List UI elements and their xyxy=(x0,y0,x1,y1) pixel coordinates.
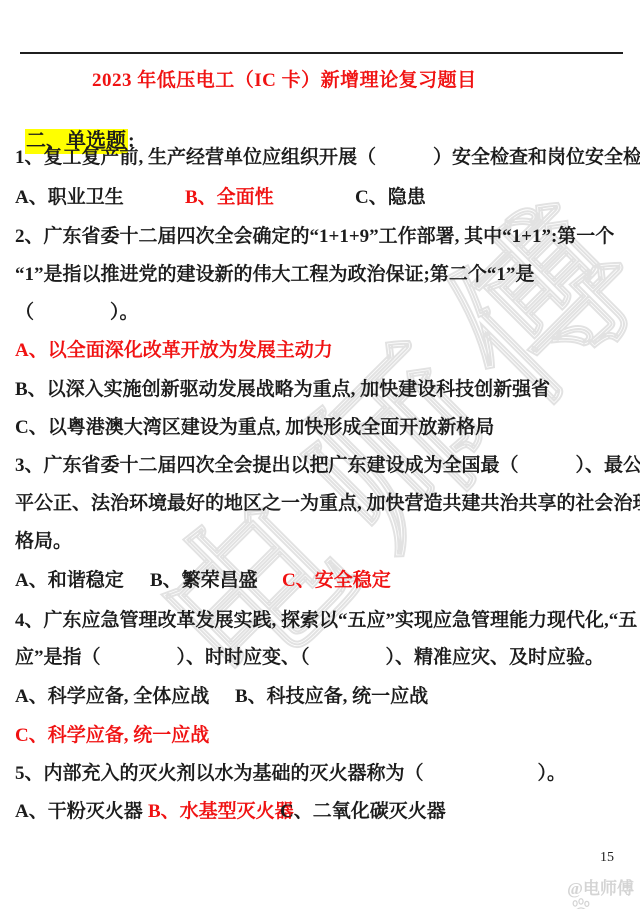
q3-options: A、和谐稳定 B、繁荣昌盛 C、安全稳定 xyxy=(0,570,640,594)
q3-option-b: B、繁荣昌盛 xyxy=(150,570,258,592)
q2-option-a-answer: A、以全面深化改革开放为发展主动力 xyxy=(15,340,333,362)
q5-options: A、干粉灭火器 B、水基型灭火器 C、二氧化碳灭火器 xyxy=(0,801,640,825)
q5-option-c: C、二氧化碳灭火器 xyxy=(280,801,446,823)
q1-option-c: C、隐患 xyxy=(355,187,426,209)
q2-text-line2: “1”是指以推进党的建设新的伟大工程为政治保证;第二个“1”是 xyxy=(15,264,534,286)
q1-text: 1、复工复产前, 生产经营单位应组织开展（ ）安全检查和岗位安全检查。 xyxy=(15,147,640,169)
q1-options: A、职业卫生 B、全面性 C、隐患 xyxy=(0,187,640,211)
q4-option-c-answer: C、科学应备, 统一应战 xyxy=(15,725,209,747)
q5-option-a: A、干粉灭火器 xyxy=(15,801,143,823)
q4-options: A、科学应备, 全体应战 B、科技应备, 统一应战 xyxy=(0,686,640,710)
q2-option-c: C、以粤港澳大湾区建设为重点, 加快形成全面开放新格局 xyxy=(15,417,494,439)
q3-text-line3: 格局。 xyxy=(15,531,72,553)
q1-option-b-answer: B、全面性 xyxy=(185,187,274,209)
q5-text: 5、内部充入的灭火剂以水为基础的灭火器称为（ ）。 xyxy=(15,763,566,785)
header-rule xyxy=(20,52,623,54)
q4-option-a: A、科学应备, 全体应战 xyxy=(15,686,209,708)
footer-watermark: @电师傅 xyxy=(545,874,634,899)
page-number: 15 xyxy=(600,850,614,866)
q3-text-line1: 3、广东省委十二届四次全会提出以把广东建设成为全国最（ ）、最公 xyxy=(15,455,640,477)
q4-option-b: B、科技应备, 统一应战 xyxy=(235,686,428,708)
paw-icon xyxy=(545,878,565,896)
q1-option-a: A、职业卫生 xyxy=(15,187,124,209)
q4-text-line2: 应”是指（ ）、时时应变、（ ）、精准应灾、及时应验。 xyxy=(15,647,604,669)
q3-text-line2: 平公正、法治环境最好的地区之一为重点, 加快营造共建共治共享的社会治理 xyxy=(15,493,640,515)
q2-text-line1: 2、广东省委十二届四次全会确定的“1+1+9”工作部署, 其中“1+1”:第一个 xyxy=(15,226,614,248)
q5-option-b-answer: B、水基型灭火器 xyxy=(148,801,294,823)
q2-text-line3: （ ）。 xyxy=(15,302,139,324)
q3-option-c-answer: C、安全稳定 xyxy=(282,570,391,592)
q4-text-line1: 4、广东应急管理改革发展实践, 探索以“五应”实现应急管理能力现代化,“五 xyxy=(15,610,637,632)
document-page: 电师傅 2023 年低压电工（IC 卡）新增理论复习题目 二、单选题: 1、复工… xyxy=(0,0,640,909)
page-title: 2023 年低压电工（IC 卡）新增理论复习题目 xyxy=(92,65,477,92)
q3-option-a: A、和谐稳定 xyxy=(15,570,124,592)
q2-option-b: B、以深入实施创新驱动发展战略为重点, 加快建设科技创新强省 xyxy=(15,379,550,401)
footer-watermark-text: @电师傅 xyxy=(567,874,634,899)
